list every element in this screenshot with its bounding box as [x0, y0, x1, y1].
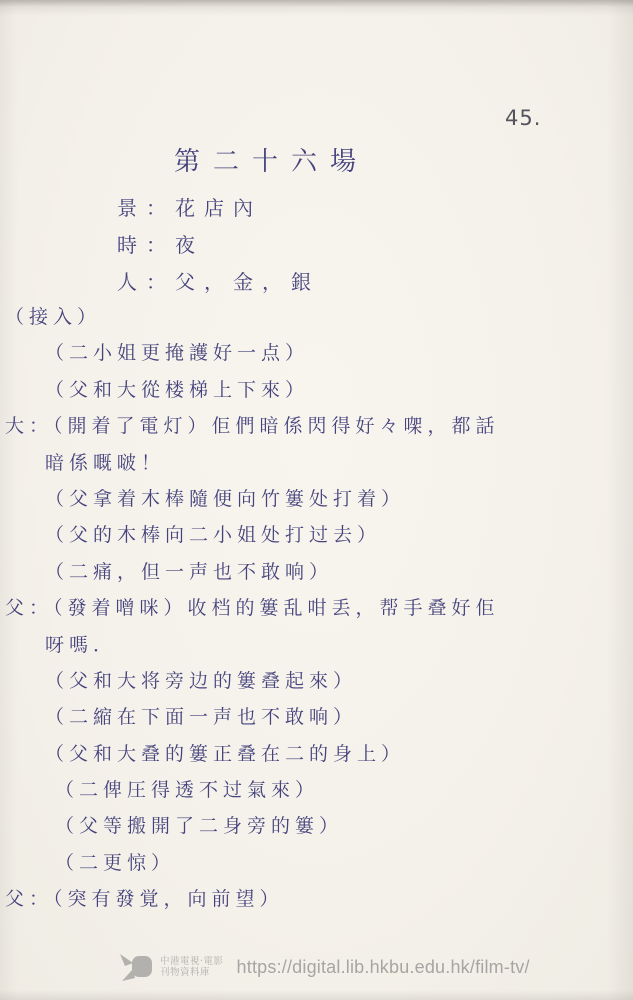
- script-line: （二俾圧得透不过氣來）: [0, 772, 633, 808]
- script-line: （二小姐更掩護好一点）: [0, 335, 633, 371]
- page-number: 45.: [505, 106, 541, 130]
- scene-header-line: 時：夜: [117, 227, 320, 264]
- scene-header-line: 景：花店內: [117, 190, 320, 227]
- library-name-line1: 中港電視·電影: [160, 956, 224, 967]
- library-url: https://digital.lib.hkbu.edu.hk/film-tv/: [237, 957, 530, 978]
- script-line: （父等搬開了二身旁的簍）: [0, 808, 633, 844]
- script-line: （父的木棒向二小姐处打过去）: [0, 517, 633, 553]
- script-line: 大：（開着了電灯）佢們暗係閃得好々㗎，都話: [0, 408, 633, 444]
- film-camera-logo-icon: [119, 951, 153, 983]
- library-watermark: 中港電視·電影 刊物資料庫 https://digital.lib.hkbu.e…: [119, 951, 530, 983]
- scene-header-line: 人：父，金，銀: [117, 264, 320, 301]
- script-line: 父：（發着噌咪）收档的簍乱咁丢，帮手叠好佢: [0, 590, 633, 626]
- scene-title: 第二十六場: [174, 141, 369, 178]
- script-line: （接入）: [0, 299, 633, 335]
- library-name-line2: 刊物資料庫: [160, 967, 224, 978]
- scene-header: 景：花店內時：夜人：父，金，銀: [117, 190, 320, 301]
- script-line: （父和大從楼梯上下來）: [0, 372, 633, 408]
- script-line: （父和大将旁边的簍叠起來）: [0, 663, 633, 699]
- script-line: （父拿着木棒隨便向竹簍处打着）: [0, 481, 633, 517]
- script-line: 呀嗎．: [0, 627, 633, 663]
- script-line: （二痛，但一声也不敢响）: [0, 554, 633, 590]
- script-line: 暗係嘅啵！: [0, 445, 633, 481]
- script-line: （父和大叠的簍正叠在二的身上）: [0, 736, 633, 772]
- library-name: 中港電視·電影 刊物資料庫: [160, 956, 224, 978]
- script-line: （二更惊）: [0, 845, 633, 881]
- script-body: （接入）（二小姐更掩護好一点）（父和大從楼梯上下來）大：（開着了電灯）佢們暗係閃…: [0, 299, 633, 918]
- scanned-script-page: 45. 第二十六場 景：花店內時：夜人：父，金，銀 （接入）（二小姐更掩護好一点…: [0, 0, 633, 1000]
- script-line: 父：（突有發覚，向前望）: [0, 881, 633, 917]
- script-line: （二縮在下面一声也不敢响）: [0, 699, 633, 735]
